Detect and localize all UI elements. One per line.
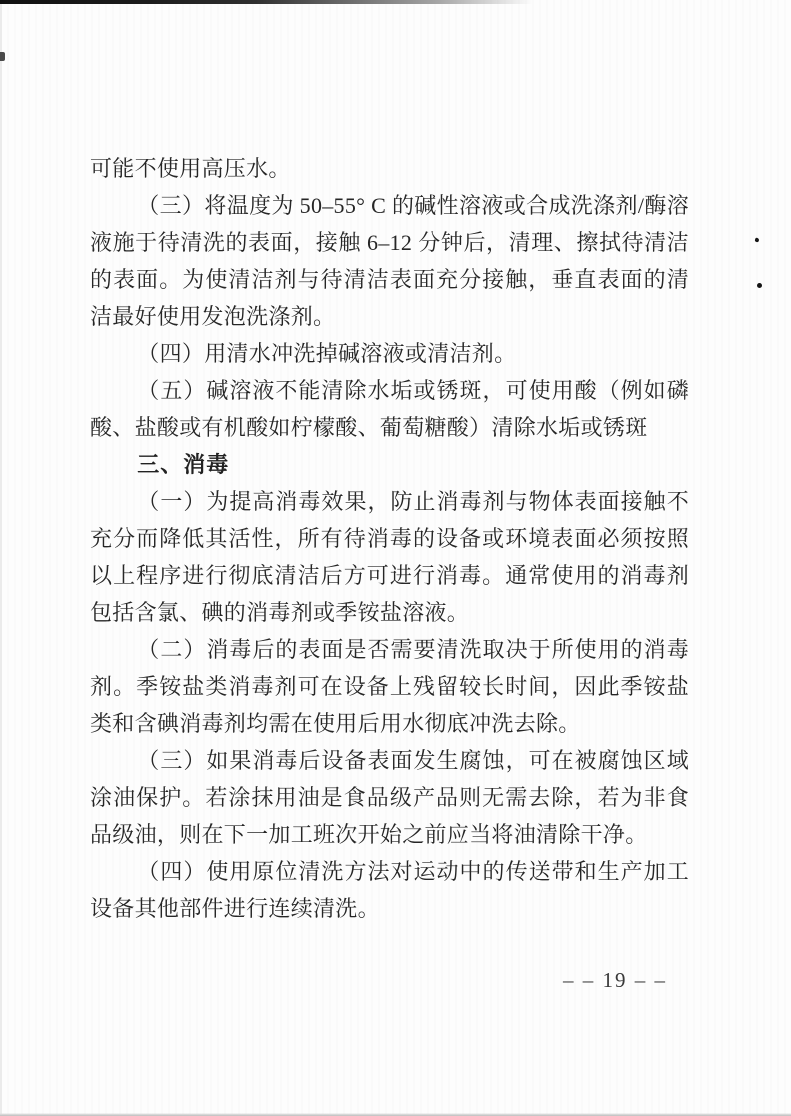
paragraph-item-2-residue: （二）消毒后的表面是否需要清洗取决于所使用的消毒剂。季铵盐类消毒剂可在设备上残留… <box>90 631 689 742</box>
paragraph-continuation: 可能不使用高压水。 <box>90 150 689 187</box>
paragraph-item-4-rinse: （四）用清水冲洗掉碱溶液或清洁剂。 <box>90 335 689 372</box>
ink-dot <box>757 283 762 288</box>
paragraph-item-5-acid: （五）碱溶液不能清除水垢或锈斑，可使用酸（例如磷酸、盐酸或有机酸如柠檬酸、葡萄糖… <box>90 372 689 446</box>
section-heading-disinfection: 三、消毒 <box>90 446 689 483</box>
paragraph-item-1-disinfect: （一）为提高消毒效果，防止消毒剂与物体表面接触不充分而降低其活性，所有待消毒的设… <box>90 483 689 631</box>
document-text-column: 可能不使用高压水。 （三）将温度为 50–55° C 的碱性溶液或合成洗涤剂/酶… <box>90 150 689 927</box>
page-number: – – 19 – – <box>540 968 690 993</box>
paragraph-item-3-corrosion: （三）如果消毒后设备表面发生腐蚀，可在被腐蚀区域涂油保护。若涂抹用油是食品级产品… <box>90 742 689 853</box>
paragraph-item-3-cleaning: （三）将温度为 50–55° C 的碱性溶液或合成洗涤剂/酶溶液施于待清洗的表面… <box>90 187 689 335</box>
scan-artifact-left-blip <box>0 52 5 61</box>
paragraph-item-4-cip: （四）使用原位清洗方法对运动中的传送带和生产加工设备其他部件进行连续清洗。 <box>90 853 689 927</box>
scanned-document-page: 可能不使用高压水。 （三）将温度为 50–55° C 的碱性溶液或合成洗涤剂/酶… <box>0 0 791 1116</box>
scan-artifact-left-edge <box>0 0 2 1116</box>
ink-dot <box>754 237 759 242</box>
scan-artifact-top-edge <box>0 0 533 4</box>
